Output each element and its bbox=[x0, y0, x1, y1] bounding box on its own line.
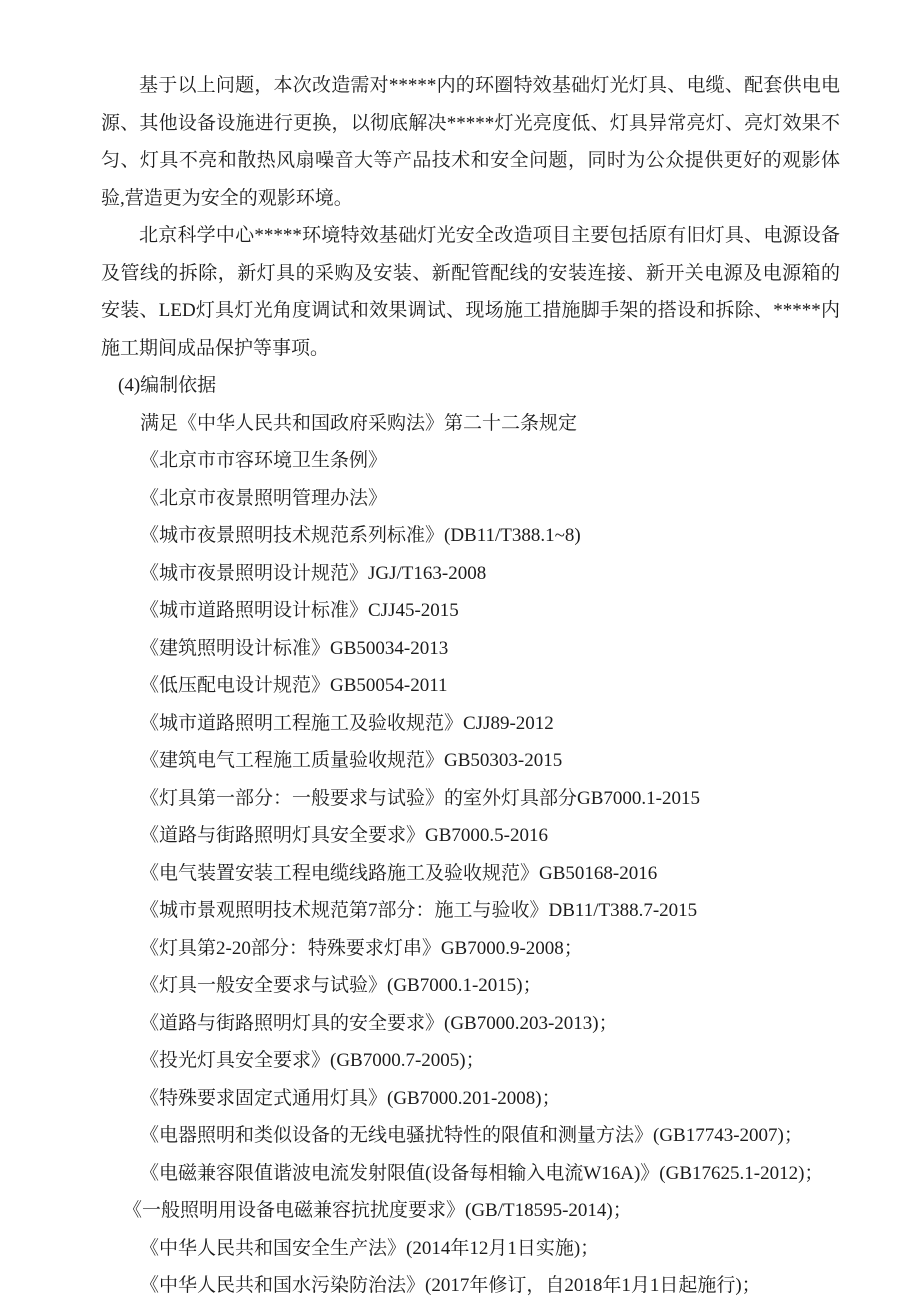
reference-item: 《城市夜景照明技术规范系列标准》(DB11/T388.1~8) bbox=[101, 517, 840, 555]
reference-item: 《道路与街路照明灯具安全要求》GB7000.5-2016 bbox=[101, 817, 840, 855]
reference-item: 《城市道路照明设计标准》CJJ45-2015 bbox=[101, 592, 840, 630]
reference-item: 《北京市夜景照明管理办法》 bbox=[101, 480, 840, 518]
reference-item: 《城市景观照明技术规范第7部分：施工与验收》DB11/T388.7-2015 bbox=[101, 892, 840, 930]
reference-item: 《电气装置安装工程电缆线路施工及验收规范》GB50168-2016 bbox=[101, 855, 840, 893]
reference-item: 《建筑电气工程施工质量验收规范》GB50303-2015 bbox=[101, 742, 840, 780]
section-heading: (4)编制依据 bbox=[101, 367, 840, 405]
document-page: 基于以上问题，本次改造需对*****内的环圈特效基础灯光灯具、电缆、配套供电电源… bbox=[0, 0, 920, 1301]
reference-item: 《投光灯具安全要求》(GB7000.7-2005)； bbox=[101, 1042, 840, 1080]
reference-item: 《特殊要求固定式通用灯具》(GB7000.201-2008)； bbox=[101, 1080, 840, 1118]
reference-item: 满足《中华人民共和国政府采购法》第二十二条规定 bbox=[101, 405, 840, 443]
reference-item: 《电器照明和类似设备的无线电骚扰特性的限值和测量方法》(GB17743-2007… bbox=[101, 1117, 840, 1155]
reference-item: 《道路与街路照明灯具的安全要求》(GB7000.203-2013)； bbox=[101, 1005, 840, 1043]
reference-item: 《电磁兼容限值谐波电流发射限值(设备每相输入电流W16A)》(GB17625.1… bbox=[101, 1155, 840, 1230]
reference-item: 《城市夜景照明设计规范》JGJ/T163-2008 bbox=[101, 555, 840, 593]
reference-item: 《建筑照明设计标准》GB50034-2013 bbox=[101, 630, 840, 668]
reference-item: 《灯具一般安全要求与试验》(GB7000.1-2015)； bbox=[101, 967, 840, 1005]
references-list: 满足《中华人民共和国政府采购法》第二十二条规定《北京市市容环境卫生条例》《北京市… bbox=[101, 405, 840, 1301]
reference-item: 《中华人民共和国安全生产法》(2014年12月1日实施)； bbox=[101, 1230, 840, 1268]
reference-item: 《城市道路照明工程施工及验收规范》CJJ89-2012 bbox=[101, 705, 840, 743]
reference-item: 《北京市市容环境卫生条例》 bbox=[101, 442, 840, 480]
reference-item: 《中华人民共和国水污染防治法》(2017年修订，自2018年1月1日起施行)； bbox=[101, 1267, 840, 1301]
intro-paragraph-1: 基于以上问题，本次改造需对*****内的环圈特效基础灯光灯具、电缆、配套供电电源… bbox=[101, 67, 840, 217]
reference-item: 《灯具第2-20部分：特殊要求灯串》GB7000.9-2008； bbox=[101, 930, 840, 968]
reference-item: 《灯具第一部分：一般要求与试验》的室外灯具部分GB7000.1-2015 bbox=[101, 780, 840, 818]
reference-item: 《低压配电设计规范》GB50054-2011 bbox=[101, 667, 840, 705]
intro-paragraph-2: 北京科学中心*****环境特效基础灯光安全改造项目主要包括原有旧灯具、电源设备及… bbox=[101, 217, 840, 367]
